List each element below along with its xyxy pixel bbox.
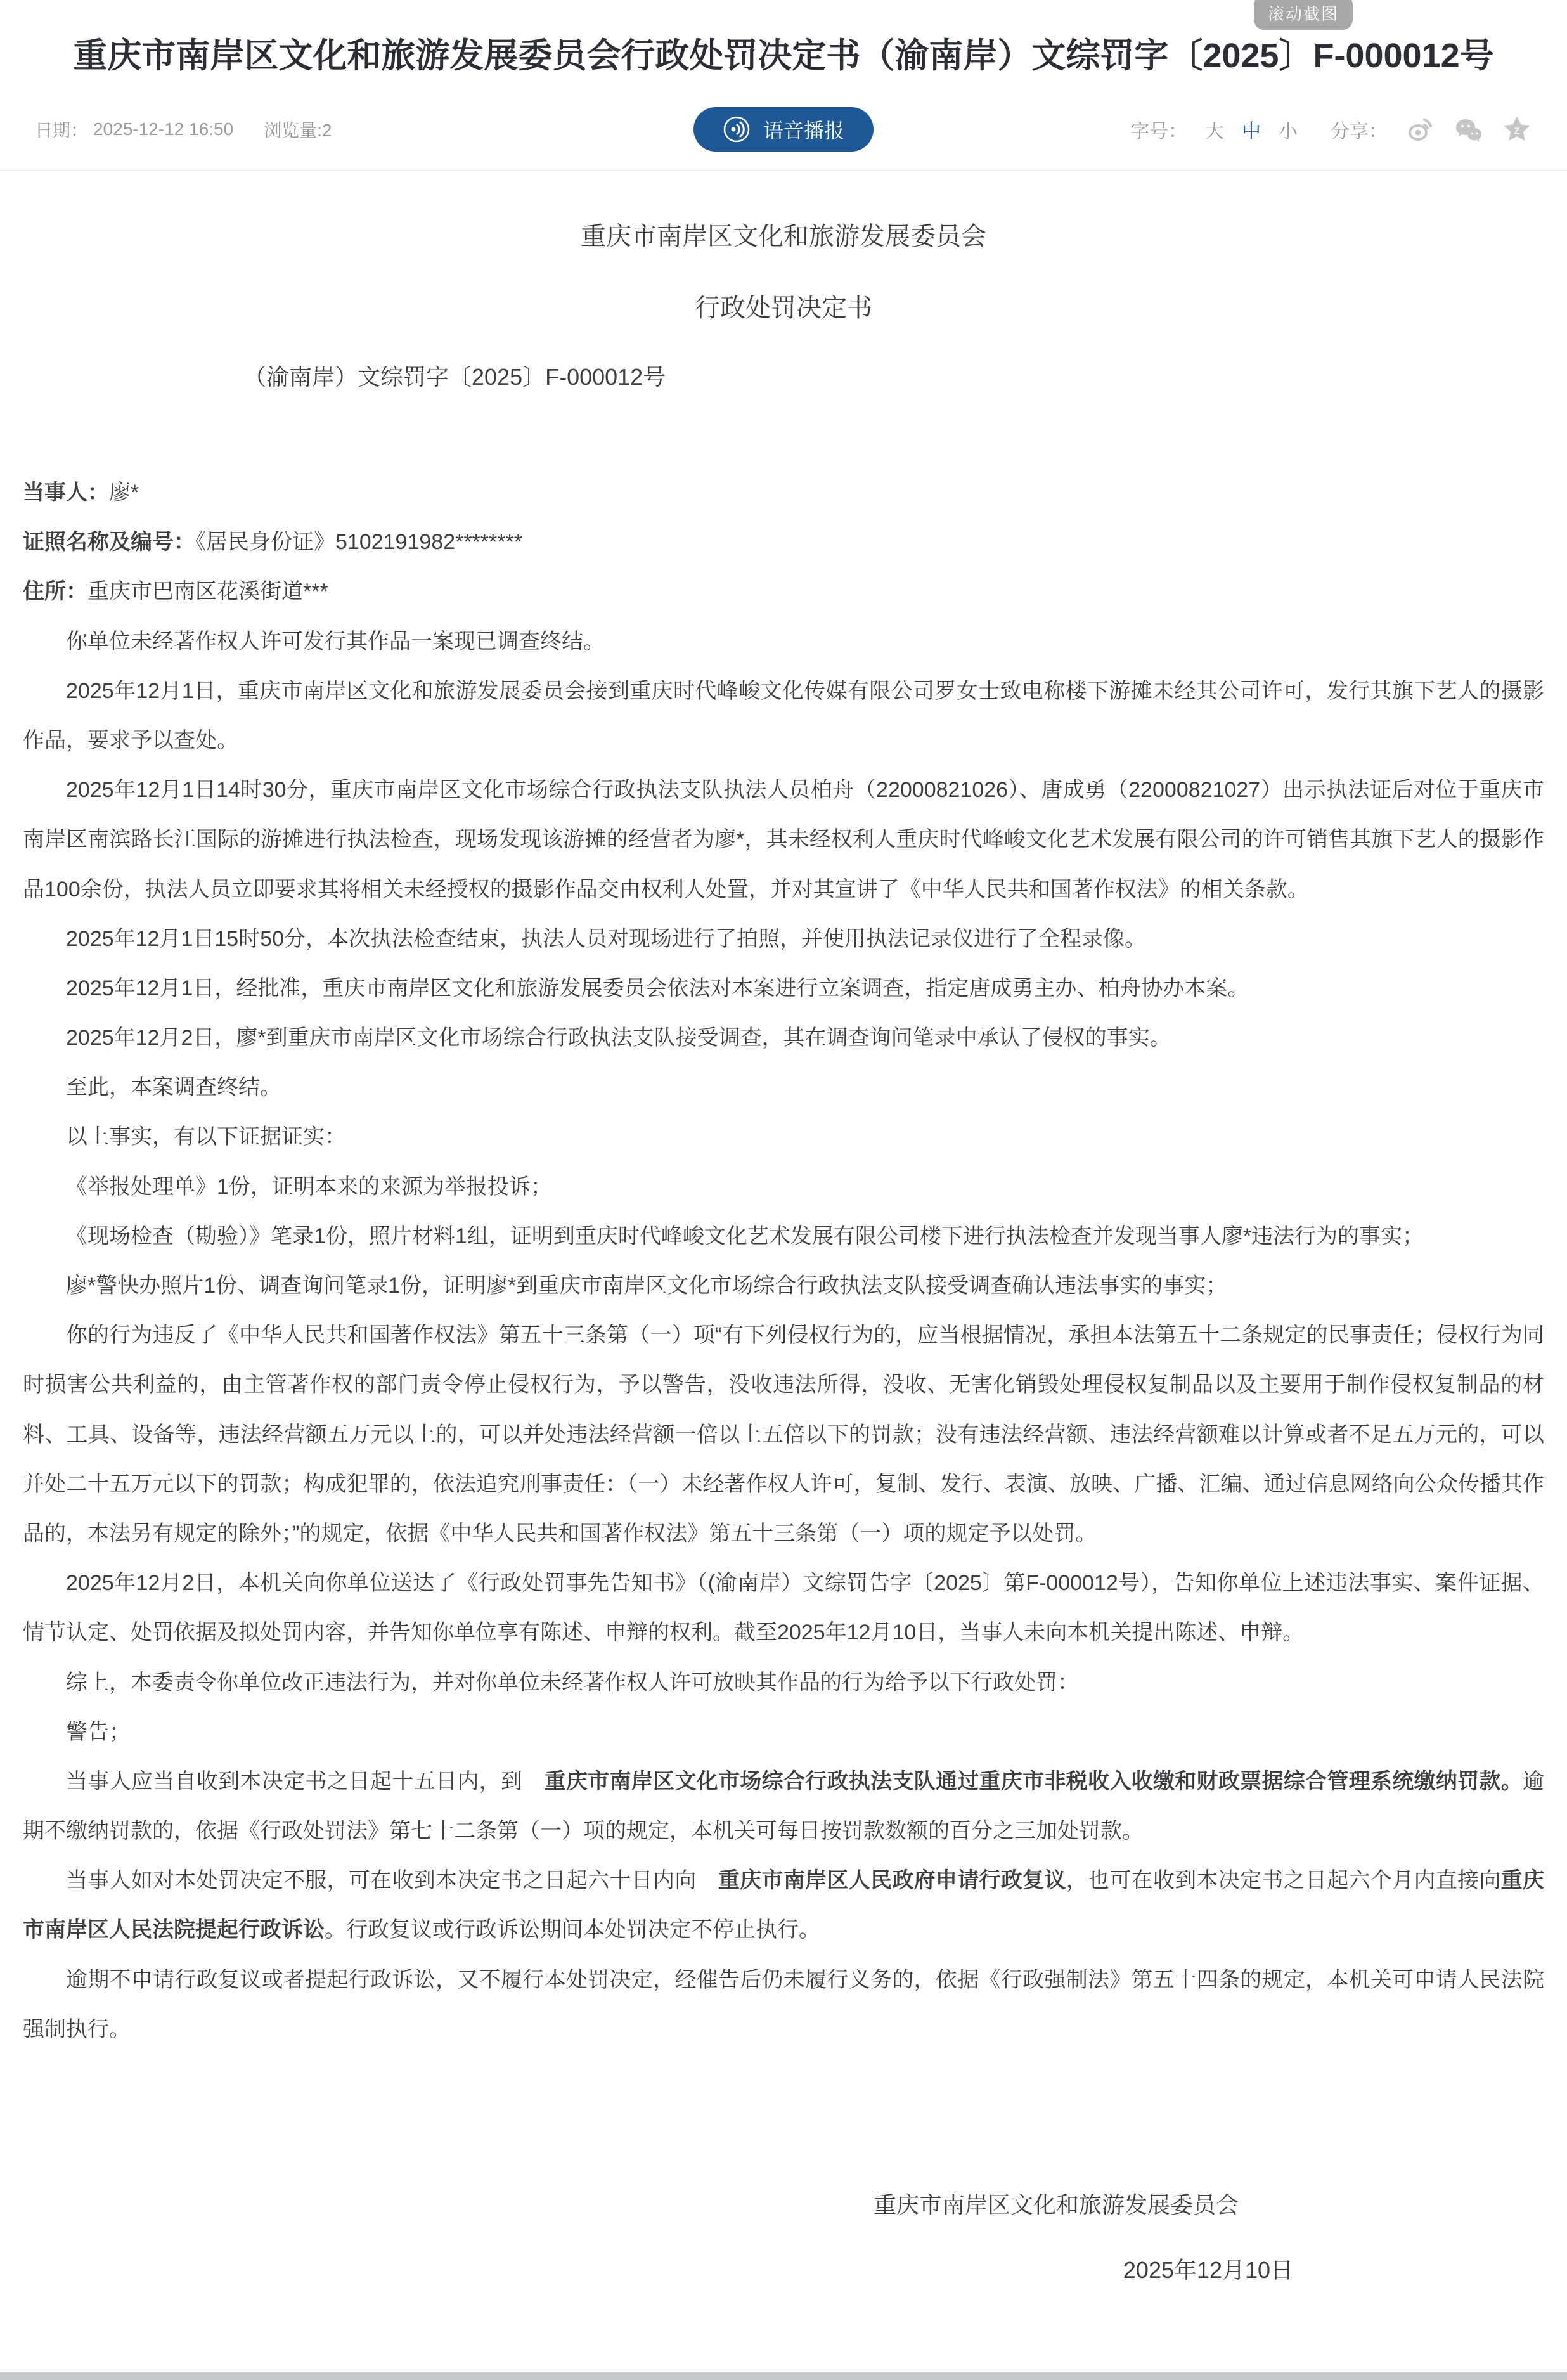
paragraph-text: 当事人应当自收到本决定书之日起十五日内，到 — [66, 1769, 545, 1794]
svg-text:Z: Z — [1514, 126, 1520, 136]
paragraph-text: 重庆市巴南区花溪街道*** — [87, 579, 328, 604]
paragraph: 《举报处理单》1份，证明本来的来源为举报投诉； — [23, 1162, 1544, 1212]
paragraph: 逾期不申请行政复议或者提起行政诉讼，又不履行本处罚决定，经催告后仍未履行义务的，… — [23, 1955, 1544, 2054]
paragraph-text: 2025年12月1日15时50分，本次执法检查结束，执法人员对现场进行了拍照，并… — [66, 927, 1146, 951]
paragraph: 你的行为违反了《中华人民共和国著作权法》第五十三条第（一）项“有下列侵权行为的，… — [23, 1310, 1544, 1558]
footer-org: 重庆市南岸区文化和旅游发展委员会 — [295, 2187, 1567, 2220]
paragraph: 2025年12月1日15时50分，本次执法检查结束，执法人员对现场进行了拍照，并… — [23, 914, 1544, 964]
paragraph-text: 警告； — [66, 1720, 131, 1744]
paragraph: 至此，本案调查终结。 — [23, 1063, 1544, 1112]
header-divider — [0, 170, 1567, 171]
document-org-line: 重庆市南岸区文化和旅游发展委员会 — [23, 216, 1544, 252]
paragraph: 住所：重庆市巴南区花溪街道*** — [23, 567, 1544, 616]
paragraph: 当事人：廖* — [23, 468, 1544, 517]
font-size-medium[interactable]: 中 — [1242, 115, 1261, 143]
paragraph: 2025年12月2日，廖*到重庆市南岸区文化市场综合行政执法支队接受调查，其在调… — [23, 1013, 1544, 1063]
paragraph-text: 至此，本案调查终结。 — [66, 1075, 281, 1099]
paragraph: 2025年12月1日14时30分，重庆市南岸区文化市场综合行政执法支队执法人员柏… — [23, 765, 1544, 914]
document-body: 当事人：廖*证照名称及编号：《居民身份证》5102191982********住… — [23, 468, 1544, 2054]
paragraph-bold-text: 当事人： — [23, 481, 109, 505]
paragraph: 综上，本委责令你单位改正违法行为，并对你单位未经著作权人许可放映其作品的行为给予… — [23, 1658, 1544, 1707]
paragraph: 2025年12月1日，重庆市南岸区文化和旅游发展委员会接到重庆时代峰峻文化传媒有… — [23, 666, 1544, 765]
paragraph-text: 当事人如对本处罚决定不服，可在收到本决定书之日起六十日内向 — [66, 1868, 718, 1892]
paragraph: 《现场检查（勘验）》笔录1份，照片材料1组，证明到重庆时代峰峻文化艺术发展有限公… — [23, 1212, 1544, 1261]
footer-date: 2025年12月10日 — [448, 2253, 1567, 2285]
voice-broadcast-button[interactable]: 语音播报 — [693, 107, 874, 152]
paragraph: 以上事实，有以下证据证实： — [23, 1112, 1544, 1161]
paragraph: 证照名称及编号：《居民身份证》5102191982******** — [23, 517, 1544, 567]
font-size-label: 字号： — [1130, 115, 1187, 143]
paragraph-bold-text: 重庆市南岸区人民政府申请行政复议 — [718, 1868, 1066, 1892]
paragraph-bold-text: 证照名称及编号： — [23, 530, 195, 554]
meta-bar: 日期：2025-12-12 16:50 浏览量:2 语音播报 字号： 大 中 小… — [0, 104, 1567, 155]
paragraph-text: ，也可在收到本决定书之日起六个月内直接向 — [1066, 1868, 1501, 1892]
document-type-line: 行政处罚决定书 — [23, 288, 1544, 324]
paragraph-bold-text: 住所： — [23, 579, 87, 604]
paragraph: 廖*警快办照片1份、调查询问笔录1份，证明廖*到重庆市南岸区文化市场综合行政执法… — [23, 1261, 1544, 1310]
paragraph: 警告； — [23, 1707, 1544, 1757]
paragraph-text: 综上，本委责令你单位改正违法行为，并对你单位未经著作权人许可放映其作品的行为给予… — [66, 1671, 1079, 1695]
paragraph-bold-text: 重庆市南岸区文化市场综合行政执法支队通过重庆市非税收入收缴和财政票据综合管理系统… — [545, 1769, 1523, 1794]
qzone-icon[interactable]: Z — [1502, 114, 1532, 145]
bottom-scroll-bar[interactable] — [0, 2372, 1567, 2380]
speaker-icon — [723, 115, 751, 143]
paragraph-text: 2025年12月1日14时30分，重庆市南岸区文化市场综合行政执法支队执法人员柏… — [23, 778, 1544, 901]
paragraph-text: 廖*警快办照片1份、调查询问笔录1份，证明廖*到重庆市南岸区文化市场综合行政执法… — [66, 1274, 1227, 1298]
document-number-line: （渝南岸）文综罚字〔2025〕F-000012号 — [243, 359, 1544, 392]
paragraph: 当事人应当自收到本决定书之日起十五日内，到 重庆市南岸区文化市场综合行政执法支队… — [23, 1757, 1544, 1856]
meta-info: 日期：2025-12-12 16:50 浏览量:2 — [35, 117, 693, 142]
date-value: 2025-12-12 16:50 — [93, 119, 233, 139]
paragraph: 2025年12月1日，经批准，重庆市南岸区文化和旅游发展委员会依法对本案进行立案… — [23, 964, 1544, 1013]
paragraph-text: 2025年12月2日，廖*到重庆市南岸区文化市场综合行政执法支队接受调查，其在调… — [66, 1026, 1171, 1050]
paragraph: 当事人如对本处罚决定不服，可在收到本决定书之日起六十日内向 重庆市南岸区人民政府… — [23, 1856, 1544, 1955]
voice-broadcast-label: 语音播报 — [763, 115, 844, 144]
paragraph-text: 廖* — [109, 481, 139, 505]
meta-controls: 字号： 大 中 小 分享： Z — [874, 114, 1532, 145]
paragraph-text: 2025年12月1日，重庆市南岸区文化和旅游发展委员会接到重庆时代峰峻文化传媒有… — [23, 679, 1544, 753]
paragraph-text: 《居民身份证》5102191982******** — [195, 530, 522, 554]
wechat-icon[interactable] — [1454, 114, 1484, 145]
font-size-large[interactable]: 大 — [1205, 115, 1224, 143]
weibo-icon[interactable] — [1405, 114, 1436, 145]
share-label: 分享： — [1331, 115, 1388, 143]
paragraph-text: 以上事实，有以下证据证实： — [66, 1125, 346, 1149]
paragraph-text: 你单位未经著作权人许可发行其作品一案现已调查终结。 — [66, 630, 605, 654]
document-footer: 重庆市南岸区文化和旅游发展委员会 2025年12月10日 — [23, 2187, 1544, 2285]
paragraph-text: 《现场检查（勘验）》笔录1份，照片材料1组，证明到重庆时代峰峻文化艺术发展有限公… — [66, 1224, 1424, 1248]
paragraph: 你单位未经著作权人许可发行其作品一案现已调查终结。 — [23, 617, 1544, 666]
page-title: 重庆市南岸区文化和旅游发展委员会行政处罚决定书（渝南岸）文综罚字〔2025〕F-… — [44, 22, 1523, 90]
paragraph-text: 逾期不申请行政复议或者提起行政诉讼，又不履行本处罚决定，经催告后仍未履行义务的，… — [23, 1968, 1544, 2041]
paragraph-text: 2025年12月1日，经批准，重庆市南岸区文化和旅游发展委员会依法对本案进行立案… — [66, 976, 1249, 1000]
paragraph-text: 《举报处理单》1份，证明本来的来源为举报投诉； — [66, 1175, 552, 1199]
paragraph: 2025年12月2日，本机关向你单位送达了《行政处罚事先告知书》（(渝南岸）文综… — [23, 1558, 1544, 1657]
font-size-small[interactable]: 小 — [1279, 115, 1298, 143]
paragraph-text: 。行政复议或行政诉讼期间本处罚决定不停止执行。 — [325, 1918, 820, 1942]
views-count: 浏览量:2 — [264, 117, 332, 142]
paragraph-text: 你的行为违反了《中华人民共和国著作权法》第五十三条第（一）项“有下列侵权行为的，… — [23, 1323, 1544, 1546]
document: 重庆市南岸区文化和旅游发展委员会 行政处罚决定书 （渝南岸）文综罚字〔2025〕… — [0, 216, 1567, 2380]
scroll-capture-badge: 滚动截图 — [1254, 0, 1353, 30]
paragraph-text: 2025年12月2日，本机关向你单位送达了《行政处罚事先告知书》（(渝南岸）文综… — [23, 1571, 1544, 1645]
date-label: 日期： — [35, 117, 88, 142]
